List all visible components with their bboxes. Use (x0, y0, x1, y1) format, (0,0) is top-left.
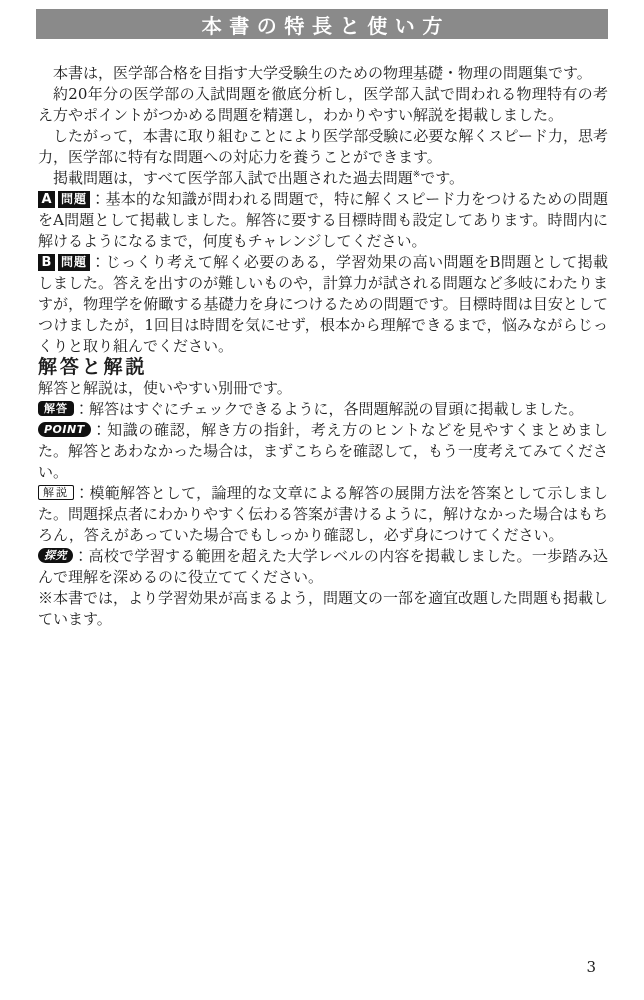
kaisetsu-description: ：模範解答として，論理的な文章による解答の展開方法を答案として示しました。問題採… (38, 484, 608, 544)
point-badge: POINT (38, 422, 91, 437)
page-title: 本書の特長と使い方 (194, 10, 450, 39)
intro-paragraph-4: 掲載問題は，すべて医学部入試で出題された過去問題※です。 (38, 168, 608, 189)
point-description: ：知識の確認，解き方の指針，考え方のヒントなどを見やすくまとめました。解答とあわ… (38, 421, 608, 481)
intro-paragraph-4-suffix: です。 (420, 169, 464, 187)
kaisetsu-badge-item: 解説：模範解答として，論理的な文章による解答の展開方法を答案として示しました。問… (38, 483, 608, 546)
answer-badge: 解答 (38, 401, 74, 416)
problem-b-label-badge: 問題 (58, 254, 90, 271)
footnote: ※本書では，より学習効果が高まるよう，問題文の一部を適宜改題した問題も掲載してい… (38, 588, 608, 630)
intro-paragraph-1: 本書は，医学部合格を目指す大学受験生のための物理基礎・物理の問題集です。 (38, 63, 608, 84)
intro-paragraph-4-text: 掲載問題は，すべて医学部入試で出題された過去問題 (53, 169, 413, 187)
problem-a-label-badge: 問題 (58, 191, 90, 208)
intro-paragraph-3: したがって，本書に取り組むことにより医学部受験に必要な解くスピード力，思考力，医… (38, 126, 608, 168)
point-badge-item: POINT：知識の確認，解き方の指針，考え方のヒントなどを見やすくまとめました。… (38, 420, 608, 483)
answers-section-heading: 解答と解説 (38, 357, 608, 378)
page-content: 本書は，医学部合格を目指す大学受験生のための物理基礎・物理の問題集です。 約20… (0, 39, 644, 630)
kaisetsu-badge: 解説 (38, 485, 74, 500)
answer-badge-item: 解答：解答はすぐにチェックできるように，各問題解説の冒頭に掲載しました。 (38, 399, 608, 420)
book-page: 本書の特長と使い方 本書は，医学部合格を目指す大学受験生のための物理基礎・物理の… (0, 0, 644, 1000)
problem-a-letter-badge: A (38, 191, 55, 208)
problem-a-section: A問題：基本的な知識が問われる問題で，特に解くスピード力をつけるための問題をA問… (38, 189, 608, 252)
tankyu-badge: 探究 (38, 548, 73, 563)
problem-b-letter-badge: B (38, 254, 55, 271)
problem-b-description: ：じっくり考えて解く必要のある，学習効果の高い問題をB問題として掲載しました。答… (38, 253, 608, 355)
tankyu-description: ：高校で学習する範囲を超えた大学レベルの内容を掲載しました。一歩踏み込んで理解を… (38, 547, 608, 586)
answers-intro: 解答と解説は，使いやすい別冊です。 (38, 378, 608, 399)
page-header-bar: 本書の特長と使い方 (36, 9, 608, 39)
tankyu-badge-item: 探究：高校で学習する範囲を超えた大学レベルの内容を掲載しました。一歩踏み込んで理… (38, 546, 608, 588)
problem-a-description: ：基本的な知識が問われる問題で，特に解くスピード力をつけるための問題をA問題とし… (38, 190, 608, 250)
problem-b-section: B問題：じっくり考えて解く必要のある，学習効果の高い問題をB問題として掲載しまし… (38, 252, 608, 357)
intro-paragraph-2: 約20年分の医学部の入試問題を徹底分析し，医学部入試で問われる物理特有の考え方や… (38, 84, 608, 126)
answer-description: ：解答はすぐにチェックできるように，各問題解説の冒頭に掲載しました。 (74, 400, 584, 418)
page-number: 3 (586, 958, 596, 976)
